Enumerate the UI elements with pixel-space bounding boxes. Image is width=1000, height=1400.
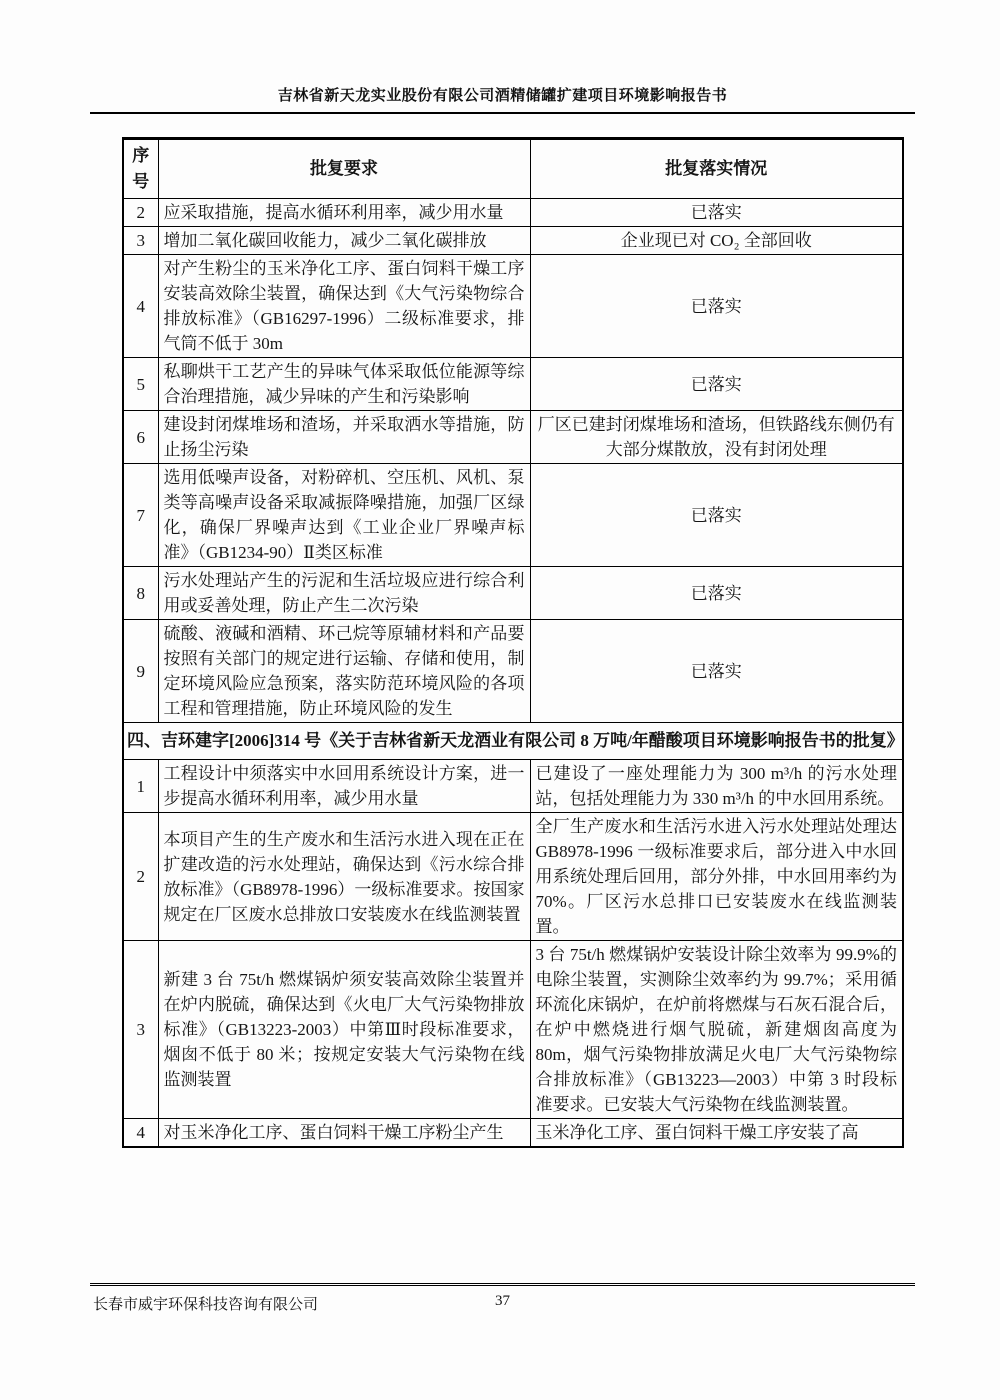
table-row: 5私聊烘干工艺产生的异味气体采取低位能源等综合治理措施，减少异味的产生和污染影响…	[123, 358, 903, 411]
table-row: 9硫酸、液碱和酒精、环己烷等原辅材料和产品要按照有关部门的规定进行运输、存储和使…	[123, 620, 903, 723]
column-header-seq: 序号	[123, 139, 158, 199]
requirement-cell: 对产生粉尘的玉米净化工序、蛋白饲料干燥工序安装高效除尘装置，确保达到《大气污染物…	[158, 255, 530, 358]
table-row: 2本项目产生的生产废水和生活污水进入现在正在扩建改造的污水处理站，确保达到《污水…	[123, 813, 903, 941]
status-cell: 厂区已建封闭煤堆场和渣场，但铁路线东侧仍有大部分煤散放，没有封闭处理	[530, 411, 903, 464]
seq-cell: 2	[123, 813, 158, 941]
requirement-cell: 本项目产生的生产废水和生活污水进入现在正在扩建改造的污水处理站，确保达到《污水综…	[158, 813, 530, 941]
page-footer: 长春市威宇环保科技咨询有限公司 37	[90, 1283, 915, 1291]
footer-page-number: 37	[495, 1293, 510, 1310]
table-row: 4对产生粉尘的玉米净化工序、蛋白饲料干燥工序安装高效除尘装置，确保达到《大气污染…	[123, 255, 903, 358]
status-cell: 已落实	[530, 358, 903, 411]
column-header-status: 批复落实情况	[530, 139, 903, 199]
seq-cell: 6	[123, 411, 158, 464]
table-row: 8污水处理站产生的污泥和生活垃圾应进行综合利用或妥善处理，防止产生二次污染已落实	[123, 567, 903, 620]
approval-review-table: 序号 批复要求 批复落实情况 2应采取措施，提高水循环利用率，减少用水量已落实3…	[122, 137, 904, 1148]
status-cell: 已落实	[530, 567, 903, 620]
table-row: 3新建 3 台 75t/h 燃煤锅炉须安装高效除尘装置并在炉内脱硫，确保达到《火…	[123, 941, 903, 1119]
footer-company-name: 长春市威宇环保科技咨询有限公司	[93, 1293, 318, 1314]
status-cell: 已建设了一座处理能力为 300 m³/h 的污水处理站，包括处理能力为 330 …	[530, 760, 903, 813]
requirement-cell: 工程设计中须落实中水回用系统设计方案，进一步提高水循环利用率，减少用水量	[158, 760, 530, 813]
status-cell: 已落实	[530, 255, 903, 358]
requirement-cell: 新建 3 台 75t/h 燃煤锅炉须安装高效除尘装置并在炉内脱硫，确保达到《火电…	[158, 941, 530, 1119]
requirement-cell: 对玉米净化工序、蛋白饲料干燥工序粉尘产生	[158, 1119, 530, 1148]
status-cell: 已落实	[530, 199, 903, 227]
seq-cell: 1	[123, 760, 158, 813]
seq-cell: 5	[123, 358, 158, 411]
table-header-row: 序号 批复要求 批复落实情况	[123, 139, 903, 199]
requirement-cell: 私聊烘干工艺产生的异味气体采取低位能源等综合治理措施，减少异味的产生和污染影响	[158, 358, 530, 411]
table-row: 3增加二氧化碳回收能力，减少二氧化碳排放企业现已对 CO₂ 全部回收	[123, 227, 903, 255]
table-body-section1: 2应采取措施，提高水循环利用率，减少用水量已落实3增加二氧化碳回收能力，减少二氧…	[123, 199, 903, 723]
section-heading: 四、吉环建字[2006]314 号《关于吉林省新天龙酒业有限公司 8 万吨/年醋…	[123, 723, 903, 760]
seq-cell: 3	[123, 227, 158, 255]
table-row: 6建设封闭煤堆场和渣场，并采取洒水等措施，防止扬尘污染厂区已建封闭煤堆场和渣场，…	[123, 411, 903, 464]
requirement-cell: 应采取措施，提高水循环利用率，减少用水量	[158, 199, 530, 227]
seq-cell: 7	[123, 464, 158, 567]
requirement-cell: 污水处理站产生的污泥和生活垃圾应进行综合利用或妥善处理，防止产生二次污染	[158, 567, 530, 620]
table-header: 序号 批复要求 批复落实情况	[123, 139, 903, 199]
status-cell: 玉米净化工序、蛋白饲料干燥工序安装了高	[530, 1119, 903, 1148]
status-cell: 3 台 75t/h 燃煤锅炉安装设计除尘效率为 99.9%的电除尘装置，实测除尘…	[530, 941, 903, 1119]
seq-cell: 9	[123, 620, 158, 723]
section-heading-row: 四、吉环建字[2006]314 号《关于吉林省新天龙酒业有限公司 8 万吨/年醋…	[123, 723, 903, 760]
seq-cell: 3	[123, 941, 158, 1119]
table-row: 1工程设计中须落实中水回用系统设计方案，进一步提高水循环利用率，减少用水量已建设…	[123, 760, 903, 813]
status-cell: 企业现已对 CO₂ 全部回收	[530, 227, 903, 255]
requirement-cell: 建设封闭煤堆场和渣场，并采取洒水等措施，防止扬尘污染	[158, 411, 530, 464]
status-cell: 全厂生产废水和生活污水进入污水处理站处理达 GB8978-1996 一级标准要求…	[530, 813, 903, 941]
seq-cell: 4	[123, 255, 158, 358]
status-cell: 已落实	[530, 464, 903, 567]
page-header-title: 吉林省新天龙实业股份有限公司酒精储罐扩建项目环境影响报告书	[90, 84, 915, 114]
status-cell: 已落实	[530, 620, 903, 723]
requirement-cell: 硫酸、液碱和酒精、环己烷等原辅材料和产品要按照有关部门的规定进行运输、存储和使用…	[158, 620, 530, 723]
requirement-cell: 选用低噪声设备，对粉碎机、空压机、风机、泵类等高噪声设备采取减振降噪措施，加强厂…	[158, 464, 530, 567]
column-header-requirement: 批复要求	[158, 139, 530, 199]
seq-cell: 8	[123, 567, 158, 620]
table-body-section2: 1工程设计中须落实中水回用系统设计方案，进一步提高水循环利用率，减少用水量已建设…	[123, 760, 903, 1148]
requirement-cell: 增加二氧化碳回收能力，减少二氧化碳排放	[158, 227, 530, 255]
table-body-section-heading: 四、吉环建字[2006]314 号《关于吉林省新天龙酒业有限公司 8 万吨/年醋…	[123, 723, 903, 760]
table-row: 4对玉米净化工序、蛋白饲料干燥工序粉尘产生玉米净化工序、蛋白饲料干燥工序安装了高	[123, 1119, 903, 1148]
table-row: 2应采取措施，提高水循环利用率，减少用水量已落实	[123, 199, 903, 227]
seq-cell: 2	[123, 199, 158, 227]
seq-cell: 4	[123, 1119, 158, 1148]
table-row: 7选用低噪声设备，对粉碎机、空压机、风机、泵类等高噪声设备采取减振降噪措施，加强…	[123, 464, 903, 567]
